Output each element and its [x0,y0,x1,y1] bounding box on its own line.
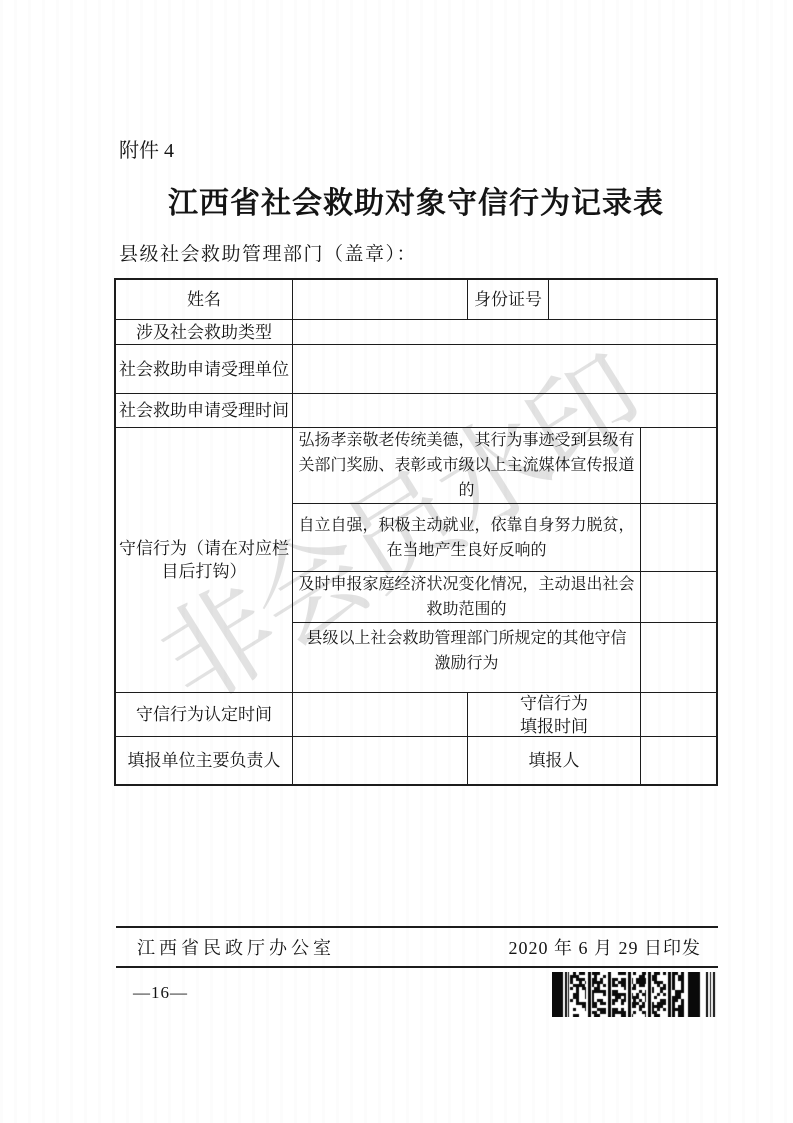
id-number-value-cell [549,280,716,319]
behavior-item-2: 自立自强，积极主动就业，依靠自身努力脱贫， 在当地产生良好反响的 [293,504,716,572]
page-number: —16— [133,983,188,1003]
accept-time-label: 社会救助申请受理时间 [116,394,293,427]
behavior-label: 守信行为（请在对应栏 目后打钩） [116,428,293,692]
row-accept-time: 社会救助申请受理时间 [116,394,716,428]
report-time-label: 守信行为 填报时间 [468,693,641,736]
stamp-line-label: 县级社会救助管理部门（盖章）： [119,239,417,266]
scanned-document-page: 非会员水印 附件 4 江西省社会救助对象守信行为记录表 县级社会救助管理部门（盖… [0,0,793,1123]
behavior-item-4-check-cell [641,623,716,692]
name-label: 姓名 [116,280,293,319]
behavior-item-3-check-cell [641,572,716,622]
row-responsible: 填报单位主要负责人 填报人 [116,737,716,784]
behavior-item-1-text: 弘扬孝亲敬老传统美德，其行为事迹受到县级有 关部门奖励、表彰或市级以上主流媒体宣… [293,428,641,503]
behavior-item-3-text: 及时申报家庭经济状况变化情况，主动退出社会 救助范围的 [293,572,641,622]
footer-rule-top [116,926,718,928]
row-assist-type: 涉及社会救助类型 [116,320,716,345]
id-number-label: 身份证号 [468,280,549,319]
accept-unit-value-cell [293,345,716,393]
responsible-value-cell [293,737,468,784]
responsible-label: 填报单位主要负责人 [116,737,293,784]
behavior-item-1: 弘扬孝亲敬老传统美德，其行为事迹受到县级有 关部门奖励、表彰或市级以上主流媒体宣… [293,428,716,504]
behavior-items: 弘扬孝亲敬老传统美德，其行为事迹受到县级有 关部门奖励、表彰或市级以上主流媒体宣… [293,428,716,692]
accept-time-value-cell [293,394,716,427]
behavior-item-2-text: 自立自强，积极主动就业，依靠自身努力脱贫， 在当地产生良好反响的 [293,504,641,571]
attachment-label: 附件 4 [119,134,174,163]
row-confirm-time: 守信行为认定时间 守信行为 填报时间 [116,693,716,737]
document-title: 江西省社会救助对象守信行为记录表 [114,178,718,222]
behavior-item-4: 县级以上社会救助管理部门所规定的其他守信 激励行为 [293,623,716,692]
behavior-item-2-check-cell [641,504,716,571]
name-value-cell [293,280,468,319]
assist-type-value-cell [293,320,716,344]
row-name-id: 姓名 身份证号 [116,280,716,320]
issuing-office: 江西省民政厅办公室 [137,934,335,960]
behavior-item-3: 及时申报家庭经济状况变化情况，主动退出社会 救助范围的 [293,572,716,623]
assist-type-label: 涉及社会救助类型 [116,320,293,344]
record-form-table: 姓名 身份证号 涉及社会救助类型 社会救助申请受理单位 社会救助申请受理时间 守… [114,278,718,786]
reporter-label: 填报人 [468,737,641,784]
barcode [552,972,716,1017]
report-time-value-cell [641,693,716,736]
behavior-item-4-text: 县级以上社会救助管理部门所规定的其他守信 激励行为 [293,623,641,692]
confirm-time-value-cell [293,693,468,736]
row-accept-unit: 社会救助申请受理单位 [116,345,716,394]
accept-unit-label: 社会救助申请受理单位 [116,345,293,393]
row-behavior: 守信行为（请在对应栏 目后打钩） 弘扬孝亲敬老传统美德，其行为事迹受到县级有 关… [116,428,716,693]
confirm-time-label: 守信行为认定时间 [116,693,293,736]
reporter-value-cell [641,737,716,784]
issue-date: 2020 年 6 月 29 日印发 [509,934,702,960]
footer-rule-bottom [116,966,718,968]
behavior-item-1-check-cell [641,428,716,503]
